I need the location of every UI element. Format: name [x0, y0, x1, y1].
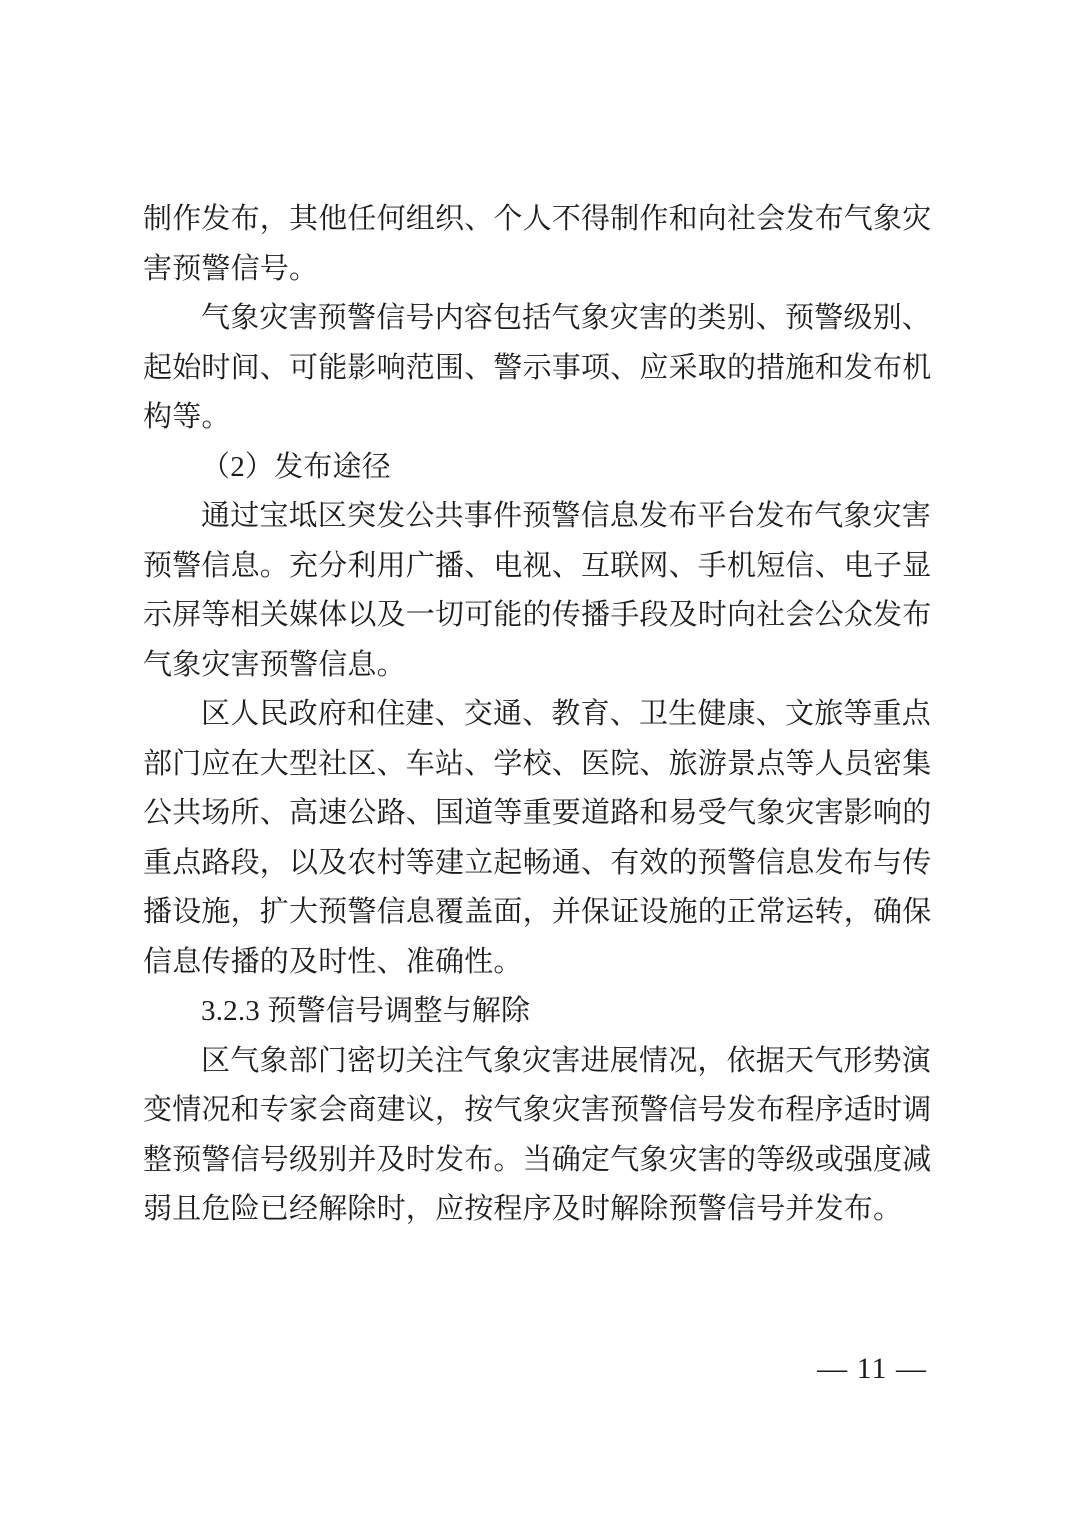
text-line: 区人民政府和住建、交通、教育、卫生健康、文旅等重点 — [143, 690, 935, 740]
text-line: 信息传播的及时性、准确性。 — [143, 938, 935, 988]
text-line: 公共场所、高速公路、国道等重要道路和易受气象灾害影响的 — [143, 789, 935, 839]
text-line: 播设施，扩大预警信息覆盖面，并保证设施的正常运转，确保 — [143, 888, 935, 938]
text-line: 区气象部门密切关注气象灾害进展情况，依据天气形势演 — [143, 1037, 935, 1087]
text-line: 部门应在大型社区、车站、学校、医院、旅游景点等人员密集 — [143, 740, 935, 790]
text-line: 通过宝坻区突发公共事件预警信息发布平台发布气象灾害 — [143, 492, 935, 542]
text-line: 害预警信号。 — [143, 245, 935, 295]
text-line: 预警信息。充分利用广播、电视、互联网、手机短信、电子显 — [143, 542, 935, 592]
text-line: 变情况和专家会商建议，按气象灾害预警信号发布程序适时调 — [143, 1086, 935, 1136]
text-line: 弱且危险已经解除时，应按程序及时解除预警信号并发布。 — [143, 1185, 935, 1235]
text-line: 示屏等相关媒体以及一切可能的传播手段及时向社会公众发布 — [143, 591, 935, 641]
subsection-heading: （2）发布途径 — [143, 443, 935, 493]
text-line: 气象灾害预警信号内容包括气象灾害的类别、预警级别、 — [143, 294, 935, 344]
text-line: 起始时间、可能影响范围、警示事项、应采取的措施和发布机 — [143, 344, 935, 394]
document-page: 制作发布，其他任何组织、个人不得制作和向社会发布气象灾 害预警信号。 气象灾害预… — [0, 0, 1074, 1520]
text-line: 整预警信号级别并及时发布。当确定气象灾害的等级或强度减 — [143, 1136, 935, 1186]
text-line: 构等。 — [143, 393, 935, 443]
section-heading: 3.2.3 预警信号调整与解除 — [143, 987, 935, 1037]
text-line: 制作发布，其他任何组织、个人不得制作和向社会发布气象灾 — [143, 195, 935, 245]
text-block: 制作发布，其他任何组织、个人不得制作和向社会发布气象灾 害预警信号。 气象灾害预… — [143, 195, 935, 1235]
text-line: 气象灾害预警信息。 — [143, 641, 935, 691]
page-number: — 11 — — [817, 1352, 927, 1386]
text-line: 重点路段，以及农村等建立起畅通、有效的预警信息发布与传 — [143, 839, 935, 889]
